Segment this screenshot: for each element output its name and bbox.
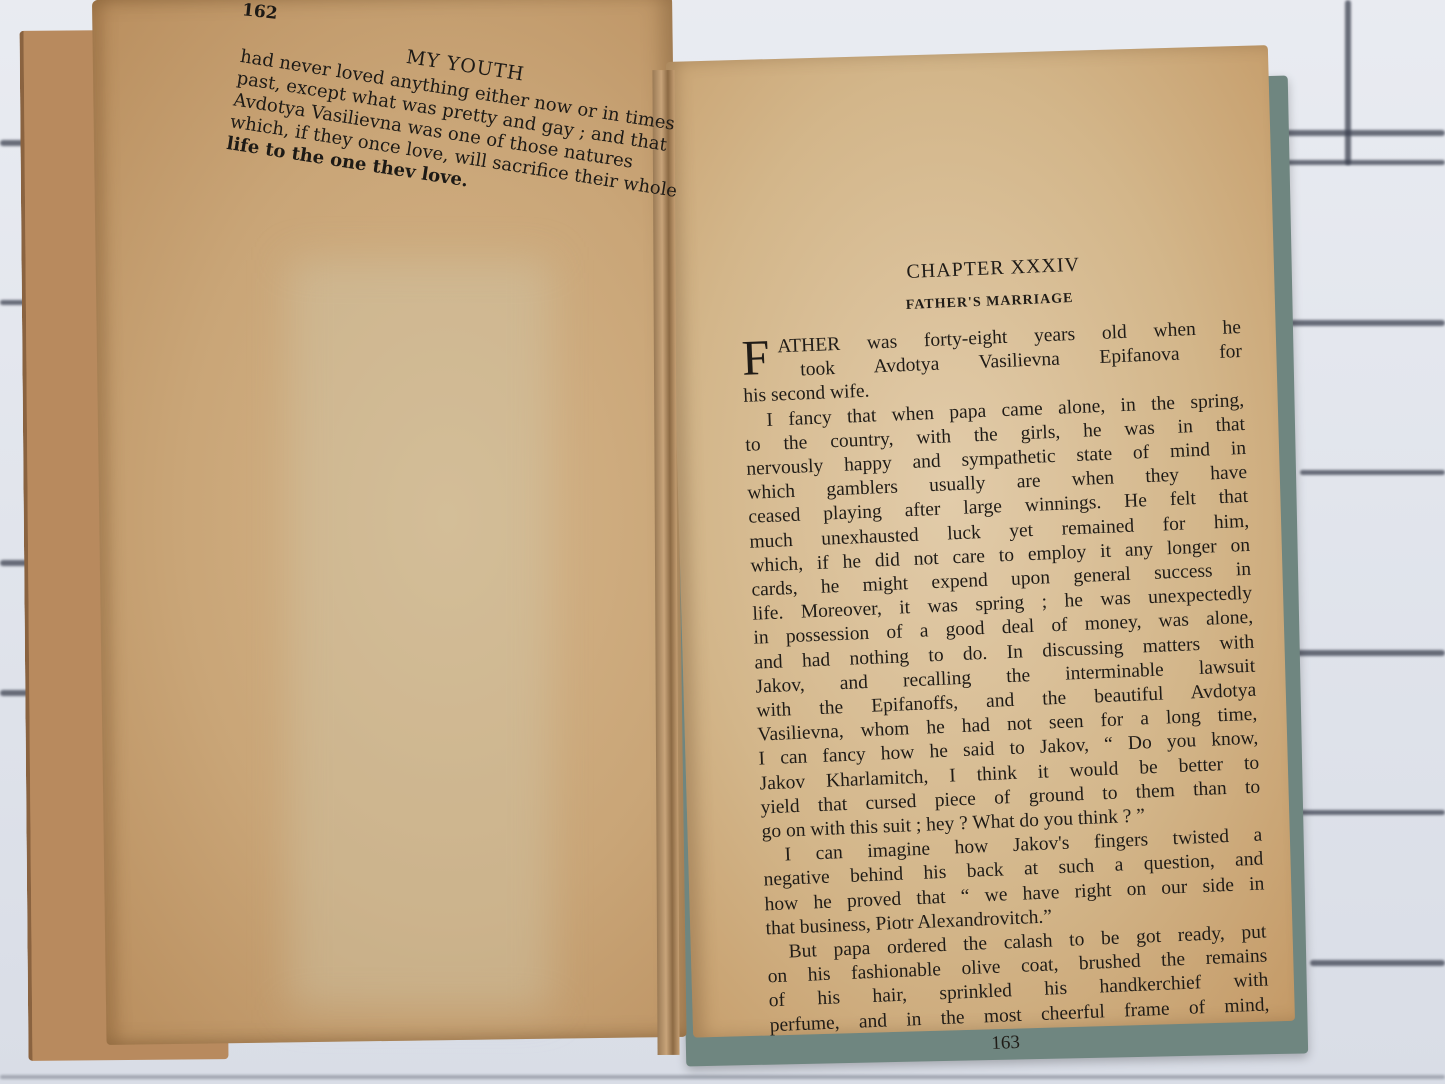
mortar-line	[1275, 160, 1445, 165]
left-page-highlight	[290, 260, 550, 1010]
mortar-line	[1300, 810, 1445, 815]
chapter-subtitle: FATHER'S MARRIAGE	[740, 284, 1240, 321]
mortar-line	[1345, 0, 1351, 165]
mortar-line	[1290, 320, 1445, 326]
mortar-line	[1310, 960, 1445, 966]
mortar-line	[1295, 650, 1445, 656]
mortar-line	[0, 1075, 1445, 1079]
right-page-text: CHAPTER XXXIV FATHER'S MARRIAGE F ATHER …	[738, 247, 1271, 1064]
left-page-number: 162	[241, 0, 278, 24]
mortar-line	[1300, 470, 1445, 475]
drop-cap: F	[741, 334, 771, 381]
mortar-line	[1270, 130, 1445, 136]
